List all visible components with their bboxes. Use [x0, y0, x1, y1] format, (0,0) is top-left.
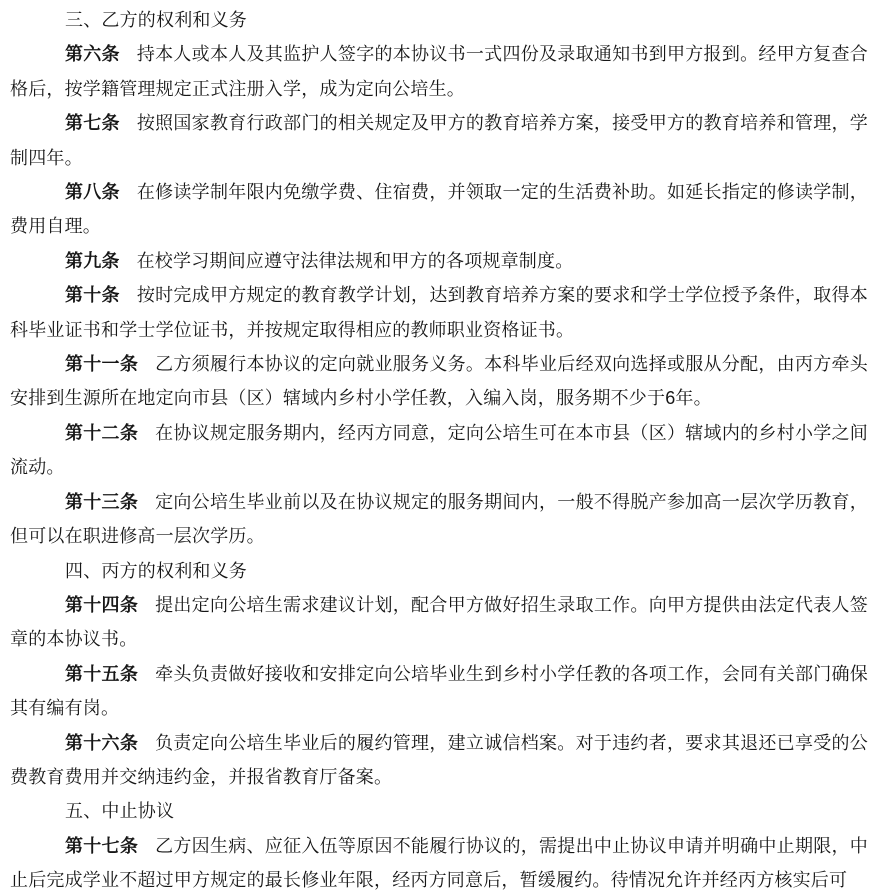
article-paragraph: 第十六条负责定向公培生毕业后的履约管理，建立诚信档案。对于违约者，要求其退还已享… — [10, 726, 868, 795]
article-paragraph: 第七条按照国家教育行政部门的相关规定及甲方的教育培养方案，接受甲方的教育培养和管… — [10, 106, 868, 175]
article-number-label: 第十六条 — [65, 733, 138, 753]
article-paragraph: 第十四条提出定向公培生需求建议计划，配合甲方做好招生录取工作。向甲方提供由法定代… — [10, 588, 868, 657]
article-number-label: 第八条 — [65, 182, 120, 202]
article-text: 按时完成甲方规定的教育教学计划，达到教育培养方案的要求和学士学位授予条件，取得本… — [10, 285, 868, 339]
article-number-label: 第十条 — [65, 285, 120, 305]
article-number-label: 第十三条 — [65, 492, 138, 512]
article-paragraph: 第十条按时完成甲方规定的教育教学计划，达到教育培养方案的要求和学士学位授予条件，… — [10, 278, 868, 347]
article-paragraph: 第十二条在协议规定服务期内，经丙方同意，定向公培生可在本市县（区）辖域内的乡村小… — [10, 416, 868, 485]
article-paragraph: 第六条持本人或本人及其监护人签字的本协议书一式四份及录取通知书到甲方报到。经甲方… — [10, 37, 868, 106]
article-text: 负责定向公培生毕业后的履约管理，建立诚信档案。对于违约者，要求其退还已享受的公费… — [10, 733, 868, 787]
article-number-label: 第十五条 — [65, 664, 138, 684]
article-number-label: 第十七条 — [65, 836, 138, 856]
article-text: 在修读学制年限内免缴学费、住宿费，并领取一定的生活费补助。如延长指定的修读学制，… — [10, 182, 868, 236]
section-heading: 四、丙方的权利和义务 — [10, 554, 868, 588]
article-text: 乙方须履行本协议的定向就业服务义务。本科毕业后经双向选择或服从分配，由丙方牵头安… — [10, 354, 868, 408]
article-text: 在协议规定服务期内，经丙方同意，定向公培生可在本市县（区）辖域内的乡村小学之间流… — [10, 423, 868, 477]
article-text: 持本人或本人及其监护人签字的本协议书一式四份及录取通知书到甲方报到。经甲方复查合… — [10, 44, 868, 98]
article-text: 按照国家教育行政部门的相关规定及甲方的教育培养方案，接受甲方的教育培养和管理，学… — [10, 113, 868, 167]
article-number-label: 第十四条 — [65, 595, 138, 615]
article-text: 在校学习期间应遵守法律法规和甲方的各项规章制度。 — [137, 251, 574, 271]
document-page: 三、乙方的权利和义务第六条持本人或本人及其监护人签字的本协议书一式四份及录取通知… — [0, 0, 876, 895]
article-paragraph: 第十三条定向公培生毕业前以及在协议规定的服务期间内，一般不得脱产参加高一层次学历… — [10, 485, 868, 554]
article-paragraph: 第九条在校学习期间应遵守法律法规和甲方的各项规章制度。 — [10, 244, 868, 278]
article-text: 牵头负责做好接收和安排定向公培毕业生到乡村小学任教的各项工作，会同有关部门确保其… — [10, 664, 868, 718]
article-paragraph: 第十一条乙方须履行本协议的定向就业服务义务。本科毕业后经双向选择或服从分配，由丙… — [10, 347, 868, 416]
article-number-label: 第九条 — [65, 251, 120, 271]
section-heading: 三、乙方的权利和义务 — [10, 3, 868, 37]
article-paragraph: 第十七条乙方因生病、应征入伍等原因不能履行协议的，需提出中止协议申请并明确中止期… — [10, 829, 868, 895]
article-text: 定向公培生毕业前以及在协议规定的服务期间内，一般不得脱产参加高一层次学历教育，但… — [10, 492, 868, 546]
article-text: 提出定向公培生需求建议计划，配合甲方做好招生录取工作。向甲方提供由法定代表人签章… — [10, 595, 868, 649]
article-paragraph: 第十五条牵头负责做好接收和安排定向公培毕业生到乡村小学任教的各项工作，会同有关部… — [10, 657, 868, 726]
article-number-label: 第十二条 — [65, 423, 138, 443]
article-number-label: 第七条 — [65, 113, 120, 133]
article-number-label: 第六条 — [65, 44, 120, 64]
section-heading: 五、中止协议 — [10, 794, 868, 828]
article-paragraph: 第八条在修读学制年限内免缴学费、住宿费，并领取一定的生活费补助。如延长指定的修读… — [10, 175, 868, 244]
article-number-label: 第十一条 — [65, 354, 138, 374]
article-text: 乙方因生病、应征入伍等原因不能履行协议的，需提出中止协议申请并明确中止期限，中止… — [10, 836, 868, 890]
